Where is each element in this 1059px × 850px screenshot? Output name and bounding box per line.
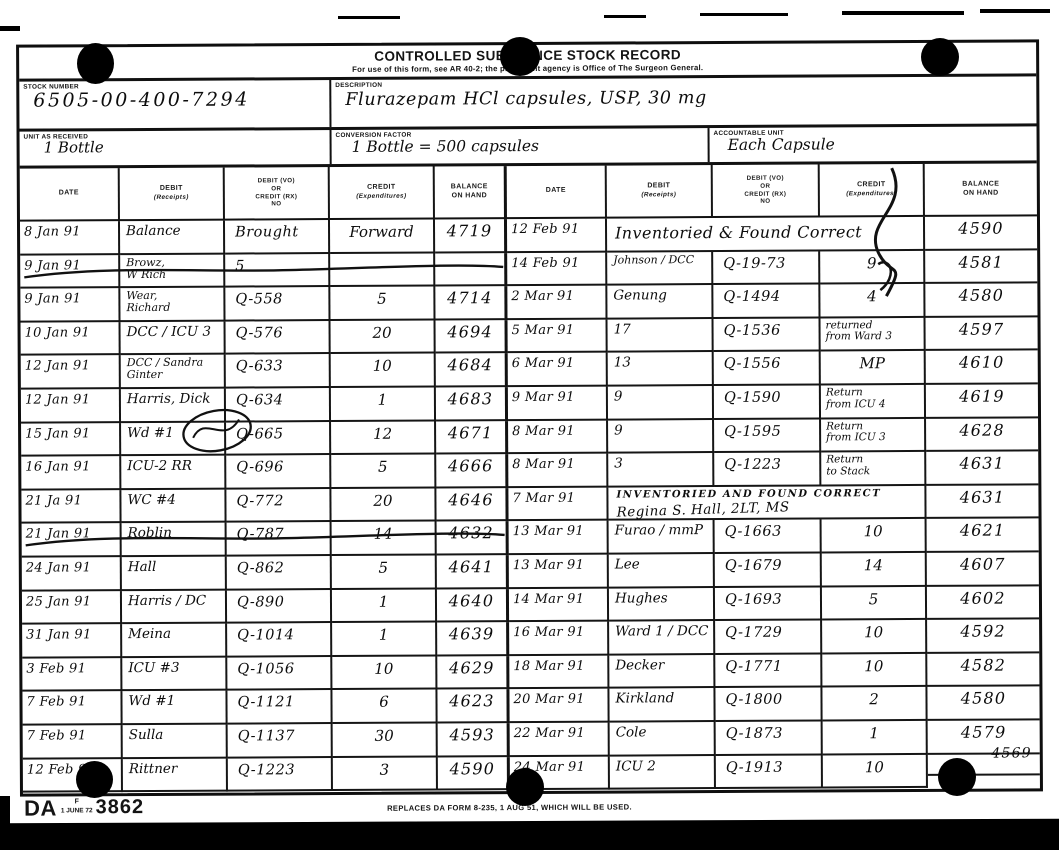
cell-credit: 9 [820, 251, 925, 285]
cell-credit: Return from ICU 4 [821, 385, 926, 419]
cell-date: 15 Jan 91 [21, 423, 121, 457]
cell-credit: 5 [330, 287, 435, 321]
cell-balance: 4666 [436, 454, 508, 488]
cell-balance: 4631 [926, 485, 1038, 519]
scanned-document-page: CONTROLLED SUBSTANCE STOCK RECORD For us… [0, 0, 1059, 850]
table-row: 14 Mar 91HughesQ-169354602 [509, 586, 1039, 622]
scan-artifact [700, 13, 788, 16]
header-credit: CREDIT(Expenditures) [820, 164, 925, 218]
cell-date: 8 Jan 91 [20, 221, 120, 255]
cell-balance: 4640 [437, 589, 509, 623]
conversion-factor-value: 1 Bottle = 500 capsules [332, 137, 708, 155]
unit-received-value: 1 Bottle [20, 139, 330, 156]
table-row: 13 Mar 91LeeQ-1679144607 [509, 552, 1039, 588]
scan-artifact [980, 9, 1050, 13]
cell-debit: Roblin [122, 523, 227, 557]
cell-balance: 4629 [437, 656, 509, 690]
cell-date: 7 Feb 91 [22, 691, 122, 725]
cell-debit: Ward 1 / DCC [609, 621, 715, 655]
table-row: 7 Mar 91INVENTORIED AND FOUND CORRECTReg… [508, 485, 1038, 521]
hole-punch-bottom-right [938, 758, 976, 796]
stock-number-box: STOCK NUMBER 6505-00-400-7294 [19, 80, 331, 129]
cell-balance: 4607 [927, 552, 1039, 586]
header-date: DATE [20, 168, 120, 222]
cell-voucher-no: Q-1494 [713, 285, 820, 319]
cell-voucher-no: Q-1873 [716, 721, 823, 755]
table-header-left: DATE DEBIT(Receipts) DEBIT (VO)ORCREDIT … [20, 166, 507, 222]
cell-balance: 4684 [436, 353, 508, 387]
scan-edge-wedge [0, 796, 10, 850]
cell-credit: Return to Stack [821, 452, 926, 486]
cell-inventory-annotation: INVENTORIED AND FOUND CORRECTRegina S. H… [608, 486, 926, 521]
cell-debit: Furao / mmP [609, 520, 715, 554]
cell-date: 24 Jan 91 [22, 557, 122, 591]
cell-debit: Wd #1 [121, 422, 226, 456]
cell-credit: 10 [822, 654, 927, 688]
cell-balance: 4580 [927, 687, 1039, 721]
cell-date: 9 Jan 91 [20, 288, 120, 322]
table-row: 12 Jan 91DCC / Sandra GinterQ-633104684 [21, 353, 508, 389]
cell-credit: 10 [332, 656, 437, 690]
cell-date: 13 Mar 91 [509, 555, 609, 589]
cell-credit: 5 [332, 555, 437, 589]
table-row: 12 Feb 91Inventoried & Found Correct4590 [507, 216, 1037, 252]
cell-debit: Hughes [609, 588, 715, 622]
cell-credit: 5 [331, 455, 436, 489]
cell-debit: Lee [609, 554, 715, 588]
table-row: 10 Jan 91DCC / ICU 3Q-576204694 [21, 320, 508, 356]
cell-debit: DCC / ICU 3 [121, 321, 226, 355]
stock-number-value: 6505-00-400-7294 [19, 90, 329, 112]
cell-voucher-no: Q-1014 [227, 623, 332, 657]
cell-balance: 4628 [926, 418, 1038, 452]
conversion-factor-box: CONVERSION FACTOR 1 Bottle = 500 capsule… [332, 128, 710, 164]
cell-debit: Harris / DC [122, 590, 227, 624]
cell-date: 9 Jan 91 [20, 255, 120, 289]
cell-balance: 4597 [926, 317, 1038, 351]
cell-date: 7 Feb 91 [23, 725, 123, 759]
cell-debit: Kirkland [609, 688, 715, 722]
cell-debit: Balance [120, 221, 225, 255]
cell-debit: ICU #3 [122, 657, 227, 691]
table-row: 31 Jan 91MeinaQ-101414639 [22, 622, 509, 658]
cell-date: 22 Mar 91 [510, 722, 610, 756]
cell-voucher-no: Q-1223 [228, 758, 333, 792]
cell-debit: WC #4 [121, 489, 226, 523]
cell-date: 3 Feb 91 [22, 658, 122, 692]
table-row: 12 Jan 91Harris, DickQ-63414683 [21, 387, 508, 423]
cell-credit: 6 [332, 690, 437, 724]
cell-debit: 9 [608, 420, 714, 454]
cell-voucher-no: Q-890 [227, 590, 332, 624]
table-row: 16 Jan 91ICU-2 RRQ-69654666 [21, 454, 508, 490]
header-voucher-no: DEBIT (VO)ORCREDIT (RX)NO [225, 167, 330, 221]
cell-balance: 4621 [927, 519, 1039, 553]
cell-balance: 4590 [925, 216, 1037, 250]
cell-debit: 17 [608, 319, 714, 353]
cell-date: 9 Mar 91 [508, 387, 608, 421]
table-body-left: 8 Jan 91BalanceBroughtForward47199 Jan 9… [20, 219, 510, 793]
description-value: Flurazepam HCl capsules, USP, 30 mg [331, 87, 1036, 109]
table-row: 7 Feb 91Wd #1Q-112164623 [22, 689, 509, 725]
cell-credit: 10 [822, 519, 927, 553]
cell-balance: 4694 [436, 320, 508, 354]
cell-credit: 14 [822, 553, 927, 587]
form-number-block: DA F 1 JUNE 72 3862 [24, 797, 144, 820]
cell-debit: ICU-2 RR [121, 456, 226, 490]
cell-balance: 4619 [926, 384, 1038, 418]
annotation-text: Inventoried & Found Correct [615, 224, 923, 242]
cell-voucher-no: Q-1771 [715, 654, 822, 688]
cell-balance: 4719 [435, 219, 507, 253]
cell-debit: Sulla [123, 724, 228, 758]
cell-voucher-no: Q-19-73 [713, 251, 820, 285]
table-row: 8 Mar 919Q-1595Return from ICU 34628 [508, 418, 1038, 454]
cell-balance: 4602 [927, 586, 1039, 620]
scan-artifact [604, 15, 646, 18]
cell-date: 18 Mar 91 [509, 655, 609, 689]
cell-voucher-no: Q-633 [226, 354, 331, 388]
unit-conversion-row: UNIT AS RECEIVED 1 Bottle CONVERSION FAC… [20, 126, 1037, 168]
cell-debit: Wd #1 [122, 691, 227, 725]
cell-credit: 2 [822, 687, 927, 721]
cell-debit: 3 [608, 453, 714, 487]
hole-punch-bottom-left [76, 761, 113, 798]
cell-credit: 12 [331, 421, 436, 455]
cell-date: 21 Ja 91 [21, 490, 121, 524]
cell-credit: 10 [822, 620, 927, 654]
table-row: 2 Mar 91GenungQ-149444580 [507, 284, 1037, 320]
cell-date: 20 Mar 91 [509, 689, 609, 723]
cell-voucher-no: Q-1556 [714, 352, 821, 386]
cell-balance: 4646 [436, 488, 508, 522]
cell-balance: 4581 [925, 250, 1037, 284]
table-row: 7 Feb 91SullaQ-1137304593 [23, 723, 510, 759]
cell-credit: returned from Ward 3 [821, 318, 926, 352]
cell-credit [330, 253, 435, 287]
table-row: 8 Jan 91BalanceBroughtForward4719 [20, 219, 507, 255]
accountable-unit-value: Each Capsule [710, 135, 1037, 153]
table-row: 18 Mar 91DeckerQ-1771104582 [509, 653, 1039, 689]
stock-ledger-table: DATE DEBIT(Receipts) DEBIT (VO)ORCREDIT … [20, 163, 1040, 793]
cell-credit: 5 [822, 586, 927, 620]
cell-debit: Johnson / DCC [607, 252, 713, 286]
cell-balance: 4593 [438, 723, 510, 757]
table-row: 9 Mar 919Q-1590Return from ICU 44619 [508, 384, 1038, 420]
ledger-right-half: DATE DEBIT(Receipts) DEBIT (VO)ORCREDIT … [507, 163, 1040, 790]
cell-voucher-no: Q-558 [225, 287, 330, 321]
cell-balance: 4639 [437, 622, 509, 656]
table-row: 3 Feb 91ICU #3Q-1056104629 [22, 656, 509, 692]
cell-credit: Return from ICU 3 [821, 418, 926, 452]
cell-date: 12 Jan 91 [21, 356, 121, 390]
scan-artifact [338, 16, 400, 19]
table-row: 9 Jan 91Wear, RichardQ-55854714 [20, 286, 507, 322]
cell-balance: 4632 [437, 521, 509, 555]
table-body-right: 12 Feb 91Inventoried & Found Correct4590… [507, 216, 1040, 790]
hole-punch-top-center [500, 37, 540, 76]
table-row: 6 Mar 9113Q-1556MP4610 [508, 351, 1038, 387]
cell-voucher-no: Q-1121 [227, 690, 332, 724]
cell-date: 12 Jan 91 [21, 389, 121, 423]
cell-date: 16 Jan 91 [21, 456, 121, 490]
cell-balance: 4671 [436, 421, 508, 455]
replaces-note: REPLACES DA FORM 8-235, 1 AUG 51, WHICH … [387, 802, 632, 812]
header-voucher-no: DEBIT (VO)ORCREDIT (RX)NO [713, 164, 820, 218]
cell-credit: 1 [823, 721, 928, 755]
description-box: DESCRIPTION Flurazepam HCl capsules, USP… [331, 76, 1036, 127]
cell-voucher-no: Q-1663 [715, 520, 822, 554]
cell-voucher-no: Q-772 [226, 489, 331, 523]
table-row: 21 Ja 91WC #4Q-772204646 [21, 488, 508, 524]
cell-balance [435, 253, 507, 287]
cell-balance: 4582 [927, 653, 1039, 687]
hole-punch-bottom-center [506, 768, 544, 806]
cell-voucher-no: Q-576 [226, 321, 331, 355]
cell-voucher-no: Q-787 [227, 522, 332, 556]
cell-voucher-no: Q-1595 [714, 419, 821, 453]
form-prefix: DA [24, 797, 57, 819]
accountable-unit-box: ACCOUNTABLE UNIT Each Capsule [710, 126, 1037, 162]
header-balance: BALANCEON HAND [925, 163, 1037, 217]
cell-credit: 3 [333, 757, 438, 791]
table-row: 16 Mar 91Ward 1 / DCCQ-1729104592 [509, 619, 1039, 655]
cell-credit: 20 [331, 488, 436, 522]
cell-voucher-no: Q-1679 [715, 553, 822, 587]
da-form-3862: CONTROLLED SUBSTANCE STOCK RECORD For us… [16, 39, 1043, 796]
cell-date: 12 Feb 91 [507, 219, 607, 253]
cell-credit: 10 [823, 754, 928, 788]
cell-debit: Harris, Dick [121, 389, 226, 423]
cell-date: 13 Mar 91 [509, 521, 609, 555]
table-row: 15 Jan 91Wd #1Q-665124671 [21, 421, 508, 457]
ledger-left-half: DATE DEBIT(Receipts) DEBIT (VO)ORCREDIT … [20, 166, 510, 793]
scan-artifact [0, 26, 20, 31]
table-row: 25 Jan 91Harris / DCQ-89014640 [22, 589, 509, 625]
header-credit: CREDIT(Expenditures) [330, 166, 435, 220]
cell-date: 6 Mar 91 [508, 353, 608, 387]
cell-balance: 4683 [436, 387, 508, 421]
cell-voucher-no: 5 [225, 254, 330, 288]
scan-edge-strip [0, 819, 1059, 850]
cell-date: 5 Mar 91 [508, 319, 608, 353]
cell-date: 2 Mar 91 [507, 286, 607, 320]
cell-voucher-no: Q-1056 [227, 657, 332, 691]
cell-date: 14 Mar 91 [509, 588, 609, 622]
cell-date: 7 Mar 91 [508, 487, 608, 521]
form-number: 3862 [96, 797, 145, 817]
cell-debit: Rittner [123, 758, 228, 792]
table-row: 24 Jan 91HallQ-86254641 [22, 555, 509, 591]
table-row: 21 Jan 91RoblinQ-787144632 [22, 521, 509, 557]
cell-date: 8 Mar 91 [508, 420, 608, 454]
cell-balance: 4641 [437, 555, 509, 589]
cell-debit: 13 [608, 352, 714, 386]
cell-voucher-no: Q-665 [226, 422, 331, 456]
cell-date: 21 Jan 91 [22, 523, 122, 557]
cell-voucher-no: Q-696 [226, 455, 331, 489]
cell-date: 16 Mar 91 [509, 622, 609, 656]
cell-debit: Hall [122, 557, 227, 591]
table-row: 13 Mar 91Furao / mmPQ-1663104621 [509, 519, 1039, 555]
unit-received-box: UNIT AS RECEIVED 1 Bottle [20, 130, 332, 166]
hole-punch-top-left [77, 43, 114, 84]
cell-credit: 1 [331, 387, 436, 421]
cell-debit: Decker [609, 655, 715, 689]
cell-date: 10 Jan 91 [21, 322, 121, 356]
cell-debit: ICU 2 [610, 756, 716, 790]
table-row: 20 Mar 91KirklandQ-180024580 [509, 687, 1039, 723]
table-row: 8 Mar 913Q-1223Return to Stack4631 [508, 451, 1038, 487]
table-row: 5 Mar 9117Q-1536returned from Ward 34597 [508, 317, 1038, 353]
cell-balance: 4580 [925, 284, 1037, 318]
cell-inventory-annotation: Inventoried & Found Correct [607, 217, 925, 252]
paper-sheet: CONTROLLED SUBSTANCE STOCK RECORD For us… [0, 0, 1059, 831]
cell-voucher-no: Brought [225, 220, 330, 254]
cell-debit: Meina [122, 624, 227, 658]
cell-debit: Browz, W Rich [120, 254, 225, 288]
cell-debit: Wear, Richard [120, 288, 225, 322]
cell-credit: 1 [332, 623, 437, 657]
cell-credit: MP [821, 351, 926, 385]
cell-debit: DCC / Sandra Ginter [121, 355, 226, 389]
cell-balance: 4631 [926, 451, 1038, 485]
cell-debit: Genung [607, 285, 713, 319]
cell-credit: Forward [330, 219, 435, 253]
cell-balance: 4590 [438, 757, 510, 791]
form-edition: F 1 JUNE 72 [61, 798, 93, 815]
cell-voucher-no: Q-1536 [714, 318, 821, 352]
cell-credit: 14 [332, 522, 437, 556]
cell-balance: 4610 [926, 351, 1038, 385]
scan-artifact [842, 11, 964, 15]
cell-voucher-no: Q-1800 [715, 688, 822, 722]
cell-voucher-no: Q-1137 [228, 724, 333, 758]
cell-credit: 30 [333, 723, 438, 757]
header-date: DATE [507, 166, 607, 220]
hole-punch-top-right [921, 38, 959, 76]
table-row: 9 Jan 91Browz, W Rich5 [20, 253, 507, 289]
cell-date: 14 Feb 91 [507, 252, 607, 286]
cell-voucher-no: Q-1590 [714, 385, 821, 419]
cell-voucher-no: Q-1913 [716, 755, 823, 789]
cell-date: 8 Mar 91 [508, 454, 608, 488]
cell-voucher-no: Q-1729 [715, 621, 822, 655]
cell-balance: 4714 [435, 286, 507, 320]
cell-voucher-no: Q-634 [226, 388, 331, 422]
header-debit: DEBIT(Receipts) [607, 165, 713, 219]
cell-credit: 10 [331, 354, 436, 388]
cell-credit: 4 [820, 284, 925, 318]
cell-balance: 4623 [437, 689, 509, 723]
header-debit: DEBIT(Receipts) [120, 168, 225, 222]
cell-credit: 1 [332, 589, 437, 623]
cell-voucher-no: Q-1223 [714, 453, 821, 487]
stock-description-row: STOCK NUMBER 6505-00-400-7294 DESCRIPTIO… [19, 76, 1036, 131]
cell-balance: 4592 [927, 619, 1039, 653]
cell-credit: 20 [331, 320, 436, 354]
table-row: 14 Feb 91Johnson / DCCQ-19-7394581 [507, 250, 1037, 286]
cell-debit: 9 [608, 386, 714, 420]
cell-voucher-no: Q-862 [227, 556, 332, 590]
table-header-right: DATE DEBIT(Receipts) DEBIT (VO)ORCREDIT … [507, 163, 1037, 219]
header-balance: BALANCEON HAND [435, 166, 507, 219]
cell-voucher-no: Q-1693 [715, 587, 822, 621]
cell-date: 25 Jan 91 [22, 591, 122, 625]
cell-date: 31 Jan 91 [22, 624, 122, 658]
cell-debit: Cole [610, 722, 716, 756]
